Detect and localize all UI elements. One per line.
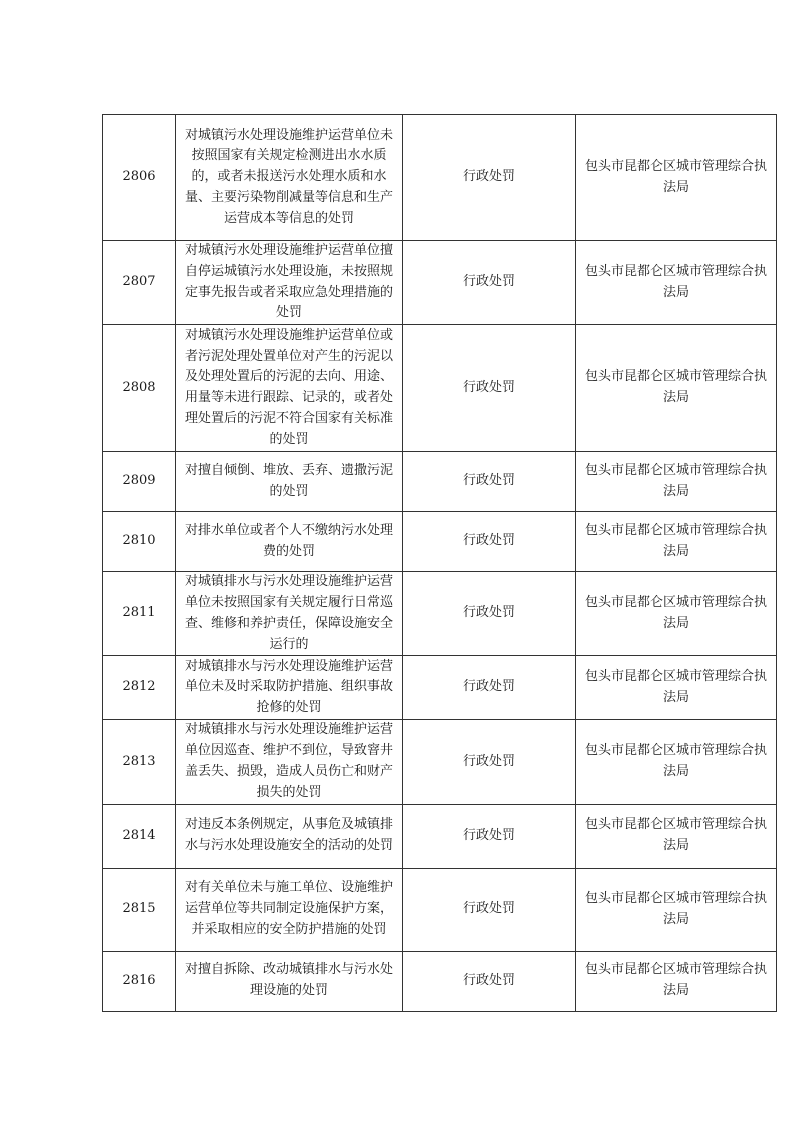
item-agency: 包头市昆都仑区城市管理综合执法局 — [576, 241, 777, 325]
item-description: 对违反本条例规定，从事危及城镇排水与污水处理设施安全的活动的处罚 — [176, 804, 403, 868]
item-number: 2812 — [103, 656, 176, 720]
item-type: 行政处罚 — [403, 241, 576, 325]
item-number: 2814 — [103, 804, 176, 868]
table-row: 2816 对擅自拆除、改动城镇排水与污水处理设施的处罚 行政处罚 包头市昆都仑区… — [103, 951, 777, 1011]
table-row: 2811 对城镇排水与污水处理设施维护运营单位未按照国家有关规定履行日常巡查、维… — [103, 572, 777, 656]
item-description: 对城镇污水处理设施维护运营单位或者污泥处理处置单位对产生的污泥以及处理处置后的污… — [176, 325, 403, 452]
table-row: 2809 对擅自倾倒、堆放、丢弃、遗撒污泥的处罚 行政处罚 包头市昆都仑区城市管… — [103, 452, 777, 512]
item-description: 对城镇排水与污水处理设施维护运营单位未按照国家有关规定履行日常巡查、维修和养护责… — [176, 572, 403, 656]
table-row: 2808 对城镇污水处理设施维护运营单位或者污泥处理处置单位对产生的污泥以及处理… — [103, 325, 777, 452]
item-number: 2816 — [103, 951, 176, 1011]
item-agency: 包头市昆都仑区城市管理综合执法局 — [576, 452, 777, 512]
item-description: 对城镇污水处理设施维护运营单位未按照国家有关规定检测进出水水质的，或者未报送污水… — [176, 115, 403, 241]
item-description: 对城镇污水处理设施维护运营单位擅自停运城镇污水处理设施，未按照规定事先报告或者采… — [176, 241, 403, 325]
table-row: 2813 对城镇排水与污水处理设施维护运营单位因巡查、维护不到位，导致窨井盖丢失… — [103, 720, 777, 804]
item-agency: 包头市昆都仑区城市管理综合执法局 — [576, 720, 777, 804]
item-agency: 包头市昆都仑区城市管理综合执法局 — [576, 572, 777, 656]
item-description: 对城镇排水与污水处理设施维护运营单位未及时采取防护措施、组织事故抢修的处罚 — [176, 656, 403, 720]
table-row: 2815 对有关单位未与施工单位、设施维护运营单位等共同制定设施保护方案，并采取… — [103, 868, 777, 951]
table-row: 2807 对城镇污水处理设施维护运营单位擅自停运城镇污水处理设施，未按照规定事先… — [103, 241, 777, 325]
item-number: 2811 — [103, 572, 176, 656]
item-description: 对排水单位或者个人不缴纳污水处理费的处罚 — [176, 512, 403, 572]
item-type: 行政处罚 — [403, 572, 576, 656]
table-row: 2810 对排水单位或者个人不缴纳污水处理费的处罚 行政处罚 包头市昆都仑区城市… — [103, 512, 777, 572]
item-number: 2806 — [103, 115, 176, 241]
item-agency: 包头市昆都仑区城市管理综合执法局 — [576, 115, 777, 241]
item-description: 对有关单位未与施工单位、设施维护运营单位等共同制定设施保护方案，并采取相应的安全… — [176, 868, 403, 951]
item-agency: 包头市昆都仑区城市管理综合执法局 — [576, 868, 777, 951]
table-body: 2806 对城镇污水处理设施维护运营单位未按照国家有关规定检测进出水水质的，或者… — [103, 115, 777, 1012]
power-list-table: 2806 对城镇污水处理设施维护运营单位未按照国家有关规定检测进出水水质的，或者… — [102, 114, 777, 1012]
item-type: 行政处罚 — [403, 868, 576, 951]
table-row: 2806 对城镇污水处理设施维护运营单位未按照国家有关规定检测进出水水质的，或者… — [103, 115, 777, 241]
item-description: 对擅自拆除、改动城镇排水与污水处理设施的处罚 — [176, 951, 403, 1011]
item-number: 2807 — [103, 241, 176, 325]
item-number: 2809 — [103, 452, 176, 512]
item-type: 行政处罚 — [403, 656, 576, 720]
item-number: 2808 — [103, 325, 176, 452]
item-agency: 包头市昆都仑区城市管理综合执法局 — [576, 325, 777, 452]
item-number: 2813 — [103, 720, 176, 804]
item-type: 行政处罚 — [403, 720, 576, 804]
table-row: 2814 对违反本条例规定，从事危及城镇排水与污水处理设施安全的活动的处罚 行政… — [103, 804, 777, 868]
item-agency: 包头市昆都仑区城市管理综合执法局 — [576, 512, 777, 572]
item-number: 2810 — [103, 512, 176, 572]
item-agency: 包头市昆都仑区城市管理综合执法局 — [576, 804, 777, 868]
table-row: 2812 对城镇排水与污水处理设施维护运营单位未及时采取防护措施、组织事故抢修的… — [103, 656, 777, 720]
item-type: 行政处罚 — [403, 951, 576, 1011]
item-description: 对城镇排水与污水处理设施维护运营单位因巡查、维护不到位，导致窨井盖丢失、损毁，造… — [176, 720, 403, 804]
item-agency: 包头市昆都仑区城市管理综合执法局 — [576, 656, 777, 720]
item-type: 行政处罚 — [403, 452, 576, 512]
item-number: 2815 — [103, 868, 176, 951]
item-agency: 包头市昆都仑区城市管理综合执法局 — [576, 951, 777, 1011]
item-type: 行政处罚 — [403, 804, 576, 868]
item-description: 对擅自倾倒、堆放、丢弃、遗撒污泥的处罚 — [176, 452, 403, 512]
item-type: 行政处罚 — [403, 512, 576, 572]
item-type: 行政处罚 — [403, 115, 576, 241]
item-type: 行政处罚 — [403, 325, 576, 452]
